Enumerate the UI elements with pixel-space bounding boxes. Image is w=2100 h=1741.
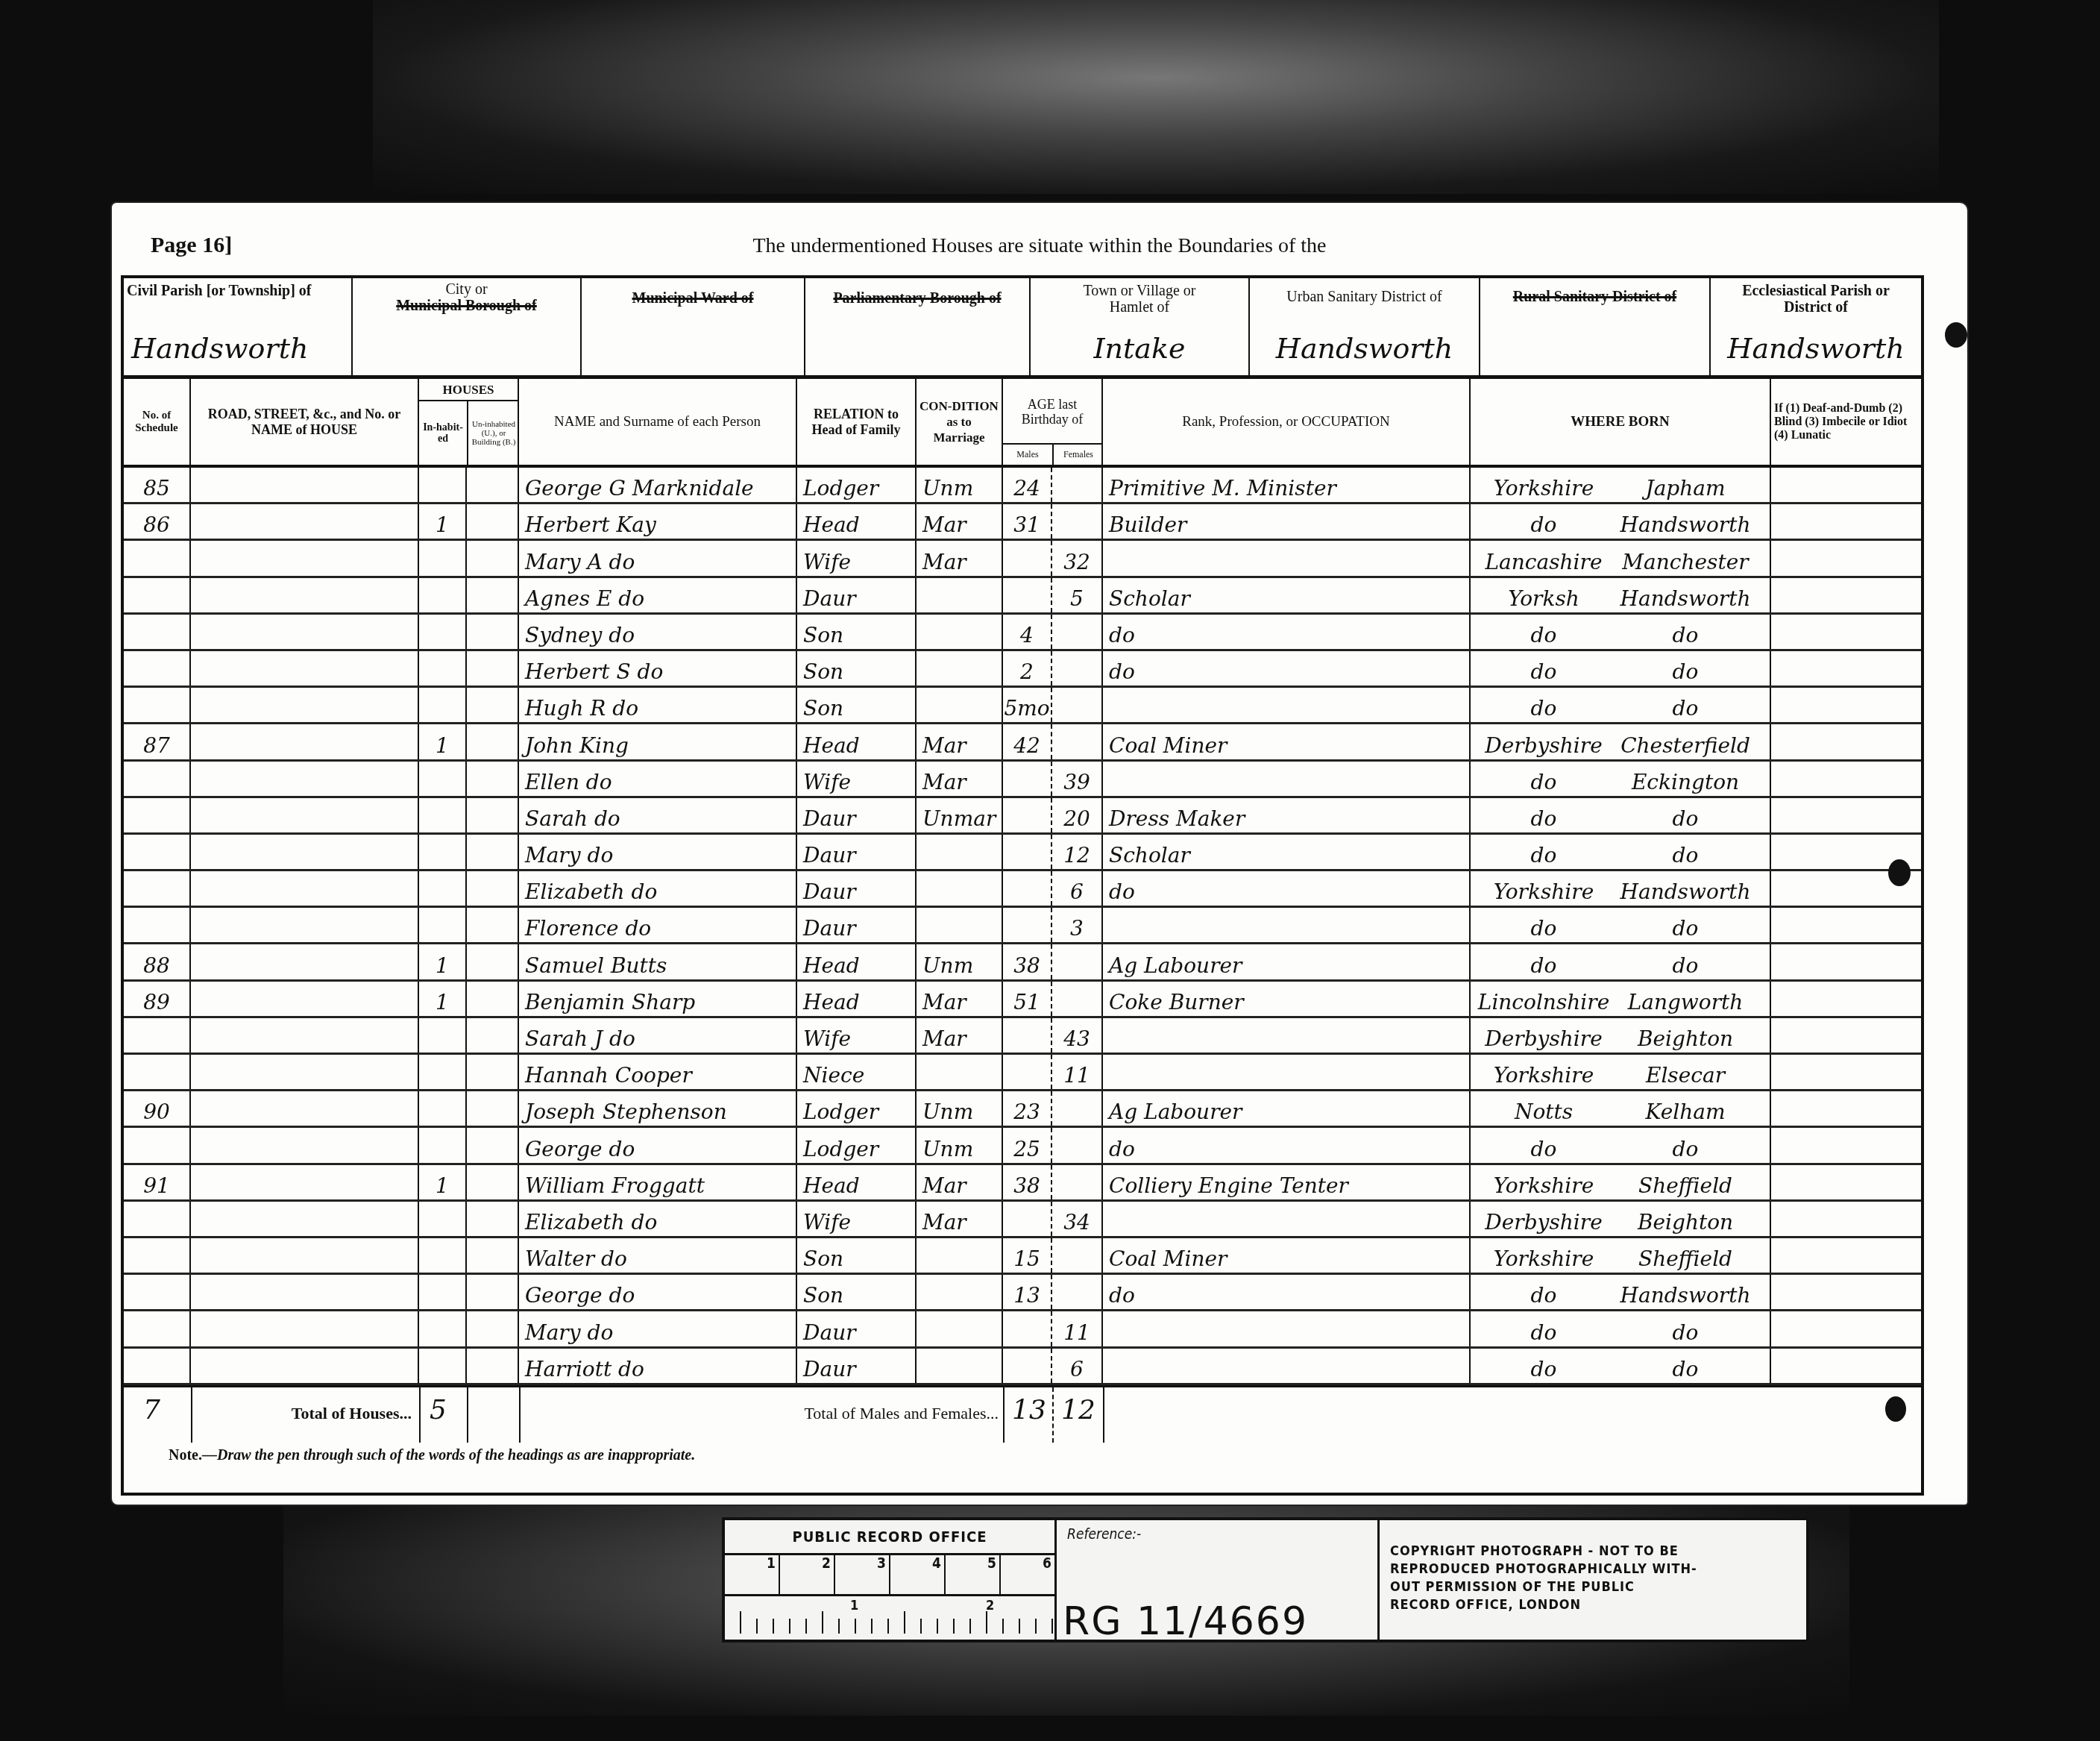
- relation-to-head: Daur: [797, 1311, 917, 1346]
- table-row: Sydney doSon4dododo: [124, 615, 1921, 651]
- person-name: Samuel Butts: [519, 944, 797, 979]
- road-cell: [191, 1349, 419, 1383]
- female-age: 11: [1052, 1311, 1103, 1346]
- born-place: do: [1611, 806, 1760, 831]
- male-age: [1003, 871, 1052, 906]
- table-row: Agnes E doDaur5ScholarYorkshHandsworth: [124, 578, 1921, 615]
- born-county: Yorkshire: [1477, 1063, 1611, 1088]
- census-rows: 85George G MarknidaleLodgerUnm24Primitiv…: [124, 468, 1921, 1385]
- schedule-number: [124, 798, 191, 832]
- where-born: YorkshireSheffield: [1471, 1165, 1771, 1199]
- occupation: do: [1103, 1128, 1471, 1162]
- inhabited-count: [419, 798, 467, 832]
- male-age: [1003, 908, 1052, 942]
- occupation: [1103, 1018, 1471, 1053]
- inhabited-count: [419, 1018, 467, 1053]
- marital-condition: Mar: [917, 541, 1003, 575]
- occupation: Coal Miner: [1103, 724, 1471, 759]
- inhabited-count: [419, 1128, 467, 1162]
- district-civil-parish: Civil Parish [or Township] of Handsworth: [124, 278, 353, 375]
- male-age: [1003, 835, 1052, 869]
- uninhabited-count: [467, 688, 519, 722]
- table-row: Walter doSon15Coal MinerYorkshireSheffie…: [124, 1238, 1921, 1275]
- person-name: Sarah J do: [519, 1018, 797, 1053]
- uninhabited-count: [467, 541, 519, 575]
- where-born: dodo: [1471, 651, 1771, 686]
- ruler-tick: [855, 1619, 856, 1634]
- district-town-village: Town or Village or Hamlet of Intake: [1031, 278, 1250, 375]
- stamp-office-label: PUBLIC RECORD OFFICE: [725, 1520, 1054, 1555]
- occupation: [1103, 762, 1471, 796]
- born-county: Derbyshire: [1477, 1026, 1611, 1051]
- where-born: YorkshireSheffield: [1471, 1238, 1771, 1273]
- person-name: Ellen do: [519, 762, 797, 796]
- uninhabited-count: [467, 982, 519, 1016]
- born-county: Yorkshire: [1477, 879, 1611, 904]
- marital-condition: Unm: [917, 1128, 1003, 1162]
- district-value: Intake: [1031, 332, 1248, 365]
- born-place: do: [1611, 696, 1760, 721]
- table-row: 871John KingHeadMar42Coal MinerDerbyshir…: [124, 724, 1921, 761]
- col-relation: RELATION to Head of Family: [797, 379, 917, 465]
- ruler-tick: [969, 1619, 971, 1634]
- marital-condition: Unm: [917, 944, 1003, 979]
- infirmity-cell: [1771, 468, 1921, 502]
- female-age: [1052, 688, 1103, 722]
- inhabited-count: [419, 541, 467, 575]
- page-header: Page 16] The undermentioned Houses are s…: [142, 233, 1937, 270]
- occupation: Coke Burner: [1103, 982, 1471, 1016]
- relation-to-head: Wife: [797, 1018, 917, 1053]
- where-born: dodo: [1471, 944, 1771, 979]
- schedule-number: [124, 541, 191, 575]
- ruler-tick: [1035, 1619, 1037, 1634]
- where-born: doHandsworth: [1471, 504, 1771, 539]
- road-cell: [191, 724, 419, 759]
- infirmity-cell: [1771, 724, 1921, 759]
- uninhabited-count: [467, 724, 519, 759]
- table-row: Herbert S doSon2dododo: [124, 651, 1921, 688]
- col-males: Males: [1003, 445, 1054, 465]
- person-name: Hugh R do: [519, 688, 797, 722]
- born-county: Derbyshire: [1477, 733, 1611, 758]
- infirmity-cell: [1771, 982, 1921, 1016]
- where-born: dodo: [1471, 615, 1771, 649]
- inhabited-count: [419, 835, 467, 869]
- born-place: Handsworth: [1611, 1283, 1760, 1308]
- road-cell: [191, 762, 419, 796]
- table-row: Sarah J doWifeMar43DerbyshireBeighton: [124, 1018, 1921, 1055]
- district-city-borough: City or Municipal Borough of: [353, 278, 582, 375]
- born-place: do: [1611, 1137, 1760, 1161]
- born-place: Langworth: [1611, 990, 1760, 1014]
- road-cell: [191, 1202, 419, 1236]
- born-county: do: [1477, 770, 1611, 794]
- born-place: Sheffield: [1611, 1173, 1760, 1198]
- inhabited-count: 1: [419, 1165, 467, 1199]
- schedule-number: [124, 1128, 191, 1162]
- male-age: 51: [1003, 982, 1052, 1016]
- male-age: 23: [1003, 1091, 1052, 1126]
- born-place: Eckington: [1611, 770, 1760, 794]
- infirmity-cell: [1771, 1349, 1921, 1383]
- uninhabited-count: [467, 1275, 519, 1309]
- schedule-number: [124, 1202, 191, 1236]
- occupation: Colliery Engine Tenter: [1103, 1165, 1471, 1199]
- female-age: 43: [1052, 1018, 1103, 1053]
- schedule-number: [124, 1238, 191, 1273]
- relation-to-head: Daur: [797, 578, 917, 612]
- schedule-number: [124, 1349, 191, 1383]
- boundaries-title: The undermentioned Houses are situate wi…: [142, 234, 1937, 258]
- uninhabited-count: [467, 762, 519, 796]
- ruler-tick: [871, 1619, 873, 1634]
- census-sheet: Civil Parish [or Township] of Handsworth…: [121, 275, 1924, 1496]
- where-born: dodo: [1471, 798, 1771, 832]
- where-born: dodo: [1471, 835, 1771, 869]
- born-county: Yorkshire: [1477, 1246, 1611, 1271]
- col-condition: CON-DITION as to Marriage: [917, 379, 1003, 465]
- total-males-value: 13: [1012, 1395, 1046, 1425]
- cm-scale: 1 2 3 4 5 6: [725, 1555, 1054, 1596]
- road-cell: [191, 798, 419, 832]
- marital-condition: Unmar: [917, 798, 1003, 832]
- occupation: Coal Miner: [1103, 1238, 1471, 1273]
- table-row: Sarah doDaurUnmar20Dress Makerdodo: [124, 798, 1921, 835]
- total-houses-value: 5: [430, 1395, 447, 1425]
- inhabited-count: [419, 651, 467, 686]
- where-born: NottsKelham: [1471, 1091, 1771, 1126]
- female-age: 5: [1052, 578, 1103, 612]
- born-county: Yorksh: [1477, 586, 1611, 611]
- born-place: Chesterfield: [1611, 733, 1760, 758]
- born-county: do: [1477, 696, 1611, 721]
- born-place: do: [1611, 1357, 1760, 1381]
- inhabited-count: 1: [419, 504, 467, 539]
- female-age: [1052, 651, 1103, 686]
- inhabited-count: [419, 1349, 467, 1383]
- born-county: do: [1477, 843, 1611, 868]
- inhabited-count: [419, 615, 467, 649]
- col-schedule: No. of Schedule: [124, 379, 191, 465]
- born-place: do: [1611, 623, 1760, 647]
- born-county: do: [1477, 953, 1611, 978]
- occupation: [1103, 1055, 1471, 1089]
- totals-row: 7 Total of Houses... 5 Total of Males an…: [124, 1385, 1921, 1443]
- born-county: do: [1477, 512, 1611, 537]
- occupation: [1103, 1202, 1471, 1236]
- born-place: Handsworth: [1611, 586, 1760, 611]
- female-age: 39: [1052, 762, 1103, 796]
- female-age: [1052, 982, 1103, 1016]
- where-born: dodo: [1471, 1128, 1771, 1162]
- where-born: LancashireManchester: [1471, 541, 1771, 575]
- occupation: [1103, 908, 1471, 942]
- road-cell: [191, 871, 419, 906]
- relation-to-head: Head: [797, 982, 917, 1016]
- male-age: 31: [1003, 504, 1052, 539]
- relation-to-head: Lodger: [797, 1128, 917, 1162]
- born-place: do: [1611, 659, 1760, 684]
- table-row: Hugh R doSon5mododo: [124, 688, 1921, 724]
- relation-to-head: Son: [797, 688, 917, 722]
- person-name: George do: [519, 1275, 797, 1309]
- female-age: 12: [1052, 835, 1103, 869]
- male-age: [1003, 1202, 1052, 1236]
- where-born: dodo: [1471, 1311, 1771, 1346]
- infirmity-cell: [1771, 1128, 1921, 1162]
- person-name: Elizabeth do: [519, 871, 797, 906]
- road-cell: [191, 944, 419, 979]
- uninhabited-count: [467, 798, 519, 832]
- road-cell: [191, 468, 419, 502]
- uninhabited-count: [467, 1349, 519, 1383]
- female-age: [1052, 1091, 1103, 1126]
- male-age: 38: [1003, 1165, 1052, 1199]
- marital-condition: [917, 615, 1003, 649]
- born-place: do: [1611, 1320, 1760, 1345]
- table-row: 881Samuel ButtsHeadUnm38Ag Labourerdodo: [124, 944, 1921, 981]
- where-born: YorkshireJapham: [1471, 468, 1771, 502]
- born-county: do: [1477, 1137, 1611, 1161]
- table-row: Mary doDaur11dodo: [124, 1311, 1921, 1348]
- occupation: Scholar: [1103, 835, 1471, 869]
- reference-label: Reference:-: [1067, 1526, 1141, 1543]
- inhabited-count: 1: [419, 944, 467, 979]
- marital-condition: [917, 1311, 1003, 1346]
- male-age: 42: [1003, 724, 1052, 759]
- female-age: [1052, 615, 1103, 649]
- total-females-value: 12: [1061, 1395, 1095, 1425]
- uninhabited-count: [467, 871, 519, 906]
- occupation: Ag Labourer: [1103, 1091, 1471, 1126]
- table-row: 90Joseph StephensonLodgerUnm23Ag Laboure…: [124, 1091, 1921, 1128]
- born-place: Handsworth: [1611, 879, 1760, 904]
- marital-condition: Mar: [917, 762, 1003, 796]
- occupation: Dress Maker: [1103, 798, 1471, 832]
- male-age: 2: [1003, 651, 1052, 686]
- district-ecclesiastical-parish: Ecclesiastical Parish or District of Han…: [1711, 278, 1921, 375]
- ruler-tick: [1051, 1619, 1053, 1634]
- road-cell: [191, 1091, 419, 1126]
- district-rural-sanitary: Rural Sanitary District of: [1480, 278, 1711, 375]
- marital-condition: Mar: [917, 982, 1003, 1016]
- road-cell: [191, 504, 419, 539]
- female-age: 6: [1052, 871, 1103, 906]
- marital-condition: Unm: [917, 468, 1003, 502]
- born-county: do: [1477, 659, 1611, 684]
- male-age: [1003, 1018, 1052, 1053]
- ruler-tick: [789, 1619, 790, 1634]
- born-place: Japham: [1611, 476, 1760, 501]
- female-age: 34: [1052, 1202, 1103, 1236]
- marital-condition: Mar: [917, 1202, 1003, 1236]
- ruler-tick: [773, 1619, 774, 1634]
- occupation: Scholar: [1103, 578, 1471, 612]
- schedule-number: [124, 1055, 191, 1089]
- table-row: 891Benjamin SharpHeadMar51Coke BurnerLin…: [124, 982, 1921, 1018]
- road-cell: [191, 1018, 419, 1053]
- schedule-number: 90: [124, 1091, 191, 1126]
- marital-condition: Mar: [917, 1165, 1003, 1199]
- table-row: George doSon13dodoHandsworth: [124, 1275, 1921, 1311]
- ruler-tick: [756, 1619, 758, 1634]
- inhabited-count: [419, 1091, 467, 1126]
- where-born: dodo: [1471, 688, 1771, 722]
- inhabited-count: [419, 468, 467, 502]
- schedule-number: [124, 578, 191, 612]
- relation-to-head: Lodger: [797, 1091, 917, 1126]
- where-born: doHandsworth: [1471, 1275, 1771, 1309]
- col-inhabited: In-habit-ed: [419, 401, 468, 465]
- ruler-tick: [805, 1619, 807, 1634]
- female-age: [1052, 504, 1103, 539]
- where-born: dodo: [1471, 908, 1771, 942]
- relation-to-head: Daur: [797, 835, 917, 869]
- inch-scale: 1 2: [725, 1596, 1054, 1634]
- schedule-number: [124, 688, 191, 722]
- road-cell: [191, 835, 419, 869]
- female-age: [1052, 1275, 1103, 1309]
- occupation: [1103, 1349, 1471, 1383]
- inhabited-count: [419, 1238, 467, 1273]
- born-place: Beighton: [1611, 1210, 1760, 1235]
- ink-blot: [1885, 1396, 1906, 1422]
- person-name: Herbert S do: [519, 651, 797, 686]
- total-houses-label: Total of Houses...: [292, 1404, 412, 1423]
- female-age: 32: [1052, 541, 1103, 575]
- uninhabited-count: [467, 1018, 519, 1053]
- road-cell: [191, 1055, 419, 1089]
- male-age: 15: [1003, 1238, 1052, 1273]
- col-age-group: AGE last Birthday of Males Females: [1003, 379, 1103, 465]
- marital-condition: Unm: [917, 1091, 1003, 1126]
- marital-condition: [917, 908, 1003, 942]
- road-cell: [191, 688, 419, 722]
- person-name: Joseph Stephenson: [519, 1091, 797, 1126]
- person-name: Benjamin Sharp: [519, 982, 797, 1016]
- occupation: [1103, 541, 1471, 575]
- occupation: do: [1103, 615, 1471, 649]
- where-born: DerbyshireBeighton: [1471, 1202, 1771, 1236]
- road-cell: [191, 1128, 419, 1162]
- person-name: George do: [519, 1128, 797, 1162]
- infirmity-cell: [1771, 1165, 1921, 1199]
- col-houses-group: HOUSES In-habit-ed Un-inhabited (U.), or…: [419, 379, 519, 465]
- district-value: Handsworth: [1250, 332, 1479, 365]
- marital-condition: [917, 1238, 1003, 1273]
- total-schedules-mark: 7: [143, 1395, 160, 1425]
- road-cell: [191, 615, 419, 649]
- road-cell: [191, 651, 419, 686]
- schedule-number: [124, 908, 191, 942]
- infirmity-cell: [1771, 908, 1921, 942]
- occupation: do: [1103, 651, 1471, 686]
- female-age: 20: [1052, 798, 1103, 832]
- relation-to-head: Head: [797, 944, 917, 979]
- relation-to-head: Head: [797, 504, 917, 539]
- born-county: do: [1477, 806, 1611, 831]
- schedule-number: [124, 1018, 191, 1053]
- person-name: Sydney do: [519, 615, 797, 649]
- born-place: do: [1611, 916, 1760, 941]
- ruler-tick: [986, 1611, 987, 1634]
- infirmity-cell: [1771, 1091, 1921, 1126]
- person-name: Agnes E do: [519, 578, 797, 612]
- film-scan-border-top: [373, 0, 1939, 194]
- where-born: LincolnshireLangworth: [1471, 982, 1771, 1016]
- relation-to-head: Son: [797, 1238, 917, 1273]
- occupation: do: [1103, 871, 1471, 906]
- public-record-office-stamp: PUBLIC RECORD OFFICE 1 2 3 4 5 6 1 2 Ref…: [722, 1517, 1809, 1643]
- person-name: Hannah Cooper: [519, 1055, 797, 1089]
- male-age: [1003, 1311, 1052, 1346]
- born-place: Handsworth: [1611, 512, 1760, 537]
- table-row: George doLodgerUnm25dododo: [124, 1128, 1921, 1164]
- col-road: ROAD, STREET, &c., and No. or NAME of HO…: [191, 379, 419, 465]
- marital-condition: [917, 1055, 1003, 1089]
- male-age: 25: [1003, 1128, 1052, 1162]
- relation-to-head: Wife: [797, 1202, 917, 1236]
- where-born: YorkshireHandsworth: [1471, 871, 1771, 906]
- person-name: John King: [519, 724, 797, 759]
- infirmity-cell: [1771, 1311, 1921, 1346]
- uninhabited-count: [467, 1165, 519, 1199]
- relation-to-head: Son: [797, 1275, 917, 1309]
- ink-blot: [1888, 859, 1911, 886]
- road-cell: [191, 1238, 419, 1273]
- born-county: Notts: [1477, 1100, 1611, 1124]
- relation-to-head: Son: [797, 651, 917, 686]
- uninhabited-count: [467, 1202, 519, 1236]
- infirmity-cell: [1771, 688, 1921, 722]
- where-born: DerbyshireBeighton: [1471, 1018, 1771, 1053]
- male-age: 38: [1003, 944, 1052, 979]
- male-age: [1003, 578, 1052, 612]
- table-row: Elizabeth doWifeMar34DerbyshireBeighton: [124, 1202, 1921, 1238]
- born-county: do: [1477, 1283, 1611, 1308]
- relation-to-head: Wife: [797, 762, 917, 796]
- infirmity-cell: [1771, 504, 1921, 539]
- marital-condition: Mar: [917, 504, 1003, 539]
- reference-value: RG 11/4669: [1063, 1599, 1308, 1644]
- uninhabited-count: [467, 468, 519, 502]
- uninhabited-count: [467, 504, 519, 539]
- relation-to-head: Head: [797, 1165, 917, 1199]
- relation-to-head: Daur: [797, 908, 917, 942]
- inhabited-count: [419, 688, 467, 722]
- total-persons-label: Total of Males and Females...: [804, 1404, 999, 1423]
- col-name: NAME and Surname of each Person: [519, 379, 797, 465]
- uninhabited-count: [467, 1238, 519, 1273]
- column-headers: No. of Schedule ROAD, STREET, &c., and N…: [124, 379, 1921, 468]
- female-age: [1052, 724, 1103, 759]
- road-cell: [191, 1275, 419, 1309]
- marital-condition: [917, 1349, 1003, 1383]
- uninhabited-count: [467, 908, 519, 942]
- marital-condition: Mar: [917, 724, 1003, 759]
- female-age: [1052, 468, 1103, 502]
- uninhabited-count: [467, 944, 519, 979]
- female-age: [1052, 944, 1103, 979]
- marital-condition: [917, 578, 1003, 612]
- male-age: 24: [1003, 468, 1052, 502]
- inhabited-count: 1: [419, 724, 467, 759]
- born-place: Manchester: [1611, 550, 1760, 574]
- uninhabited-count: [467, 615, 519, 649]
- schedule-number: 85: [124, 468, 191, 502]
- born-county: Yorkshire: [1477, 476, 1611, 501]
